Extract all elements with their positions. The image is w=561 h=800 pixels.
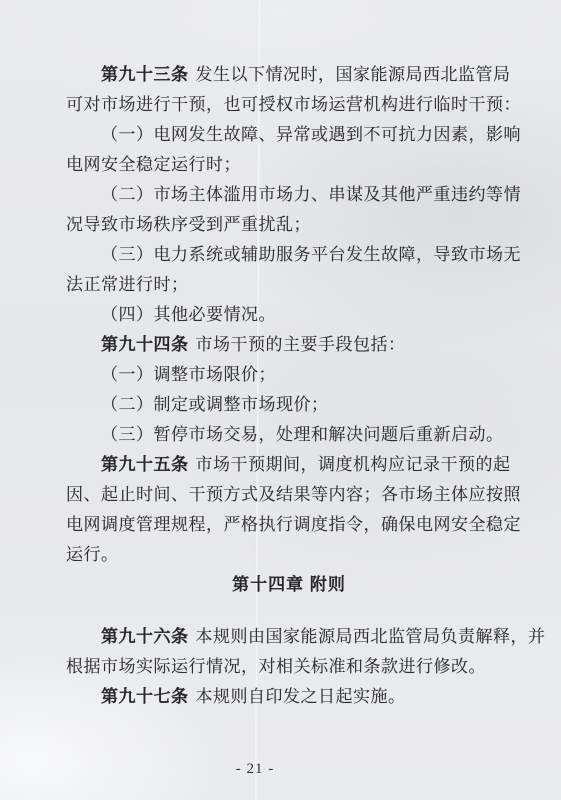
line-text: 市场干预期间，调度机构应记录干预的起 <box>196 455 511 474</box>
line-text: （三）电力系统或辅助服务平台发生故障，导致市场无 <box>101 245 521 264</box>
article-number: 第九十七条 <box>101 687 189 706</box>
line-text: 发生以下情况时，国家能源局西北监管局 <box>196 65 511 84</box>
document-line: （一）调整市场限价； <box>66 360 512 390</box>
document-line: 根据市场实际运行情况，对相关标准和条款进行修改。 <box>66 652 512 682</box>
document-line: 电网安全稳定运行时； <box>66 150 512 180</box>
line-text: （一）调整市场限价； <box>101 365 276 384</box>
line-text: 况导致市场秩序受到严重扰乱； <box>66 215 311 234</box>
document-line: 第九十六条本规则由国家能源局西北监管局负责解释，并 <box>66 622 512 652</box>
document-line: （二）市场主体滥用市场力、串谋及其他严重违约等情 <box>66 180 512 210</box>
article-number: 第九十五条 <box>101 455 189 474</box>
line-text: （三）暂停市场交易，处理和解决问题后重新启动。 <box>101 425 504 444</box>
line-text: 根据市场实际运行情况，对相关标准和条款进行修改。 <box>66 657 486 676</box>
line-text: （二）市场主体滥用市场力、串谋及其他严重违约等情 <box>101 185 521 204</box>
line-text: 可对市场进行干预，也可授权市场运营机构进行临时干预： <box>66 95 521 114</box>
document-line: （三）电力系统或辅助服务平台发生故障，导致市场无 <box>66 240 512 270</box>
line-text: 法正常进行时； <box>66 275 189 294</box>
page-number: - 21 - <box>0 761 510 778</box>
document-line: 况导致市场秩序受到严重扰乱； <box>66 210 512 240</box>
document-line: 电网调度管理规程，严格执行调度指令，确保电网安全稳定 <box>66 510 512 540</box>
line-text: 市场干预的主要手段包括： <box>196 335 406 354</box>
article-number: 第九十六条 <box>101 627 189 646</box>
article-number: 第九十三条 <box>101 65 189 84</box>
document-line: 法正常进行时； <box>66 270 512 300</box>
article-number: 第九十四条 <box>101 335 189 354</box>
line-text: 电网调度管理规程，严格执行调度指令，确保电网安全稳定 <box>66 515 521 534</box>
document-line: 可对市场进行干预，也可授权市场运营机构进行临时干预： <box>66 90 512 120</box>
line-text: 本规则由国家能源局西北监管局负责解释，并 <box>196 627 546 646</box>
document-line: 运行。 <box>66 540 512 570</box>
document-line: （一）电网发生故障、异常或遇到不可抗力因素，影响 <box>66 120 512 150</box>
document-line: （二）制定或调整市场现价； <box>66 390 512 420</box>
chapter-heading: 第十四章 附则 <box>66 570 512 600</box>
document-line: （三）暂停市场交易，处理和解决问题后重新启动。 <box>66 420 512 450</box>
line-text: 因、起止时间、干预方式及结果等内容；各市场主体应按照 <box>66 485 521 504</box>
line-text: （四）其他必要情况。 <box>101 305 276 324</box>
line-text: 运行。 <box>66 545 119 564</box>
document-line: 第九十四条市场干预的主要手段包括： <box>66 330 512 360</box>
document-page: 第九十三条发生以下情况时，国家能源局西北监管局 可对市场进行干预，也可授权市场运… <box>0 0 561 800</box>
line-text: 第十四章 附则 <box>232 575 346 594</box>
line-text: 本规则自印发之日起实施。 <box>196 687 406 706</box>
document-line: 因、起止时间、干预方式及结果等内容；各市场主体应按照 <box>66 480 512 510</box>
document-line: 第九十五条市场干预期间，调度机构应记录干预的起 <box>66 450 512 480</box>
document-line: 第九十三条发生以下情况时，国家能源局西北监管局 <box>66 60 512 90</box>
line-text: （一）电网发生故障、异常或遇到不可抗力因素，影响 <box>101 125 521 144</box>
document-line: 第九十七条本规则自印发之日起实施。 <box>66 682 512 712</box>
line-text: （二）制定或调整市场现价； <box>101 395 329 414</box>
line-text: 电网安全稳定运行时； <box>66 155 241 174</box>
document-body: 第九十三条发生以下情况时，国家能源局西北监管局 可对市场进行干预，也可授权市场运… <box>66 60 512 712</box>
document-line: （四）其他必要情况。 <box>66 300 512 330</box>
